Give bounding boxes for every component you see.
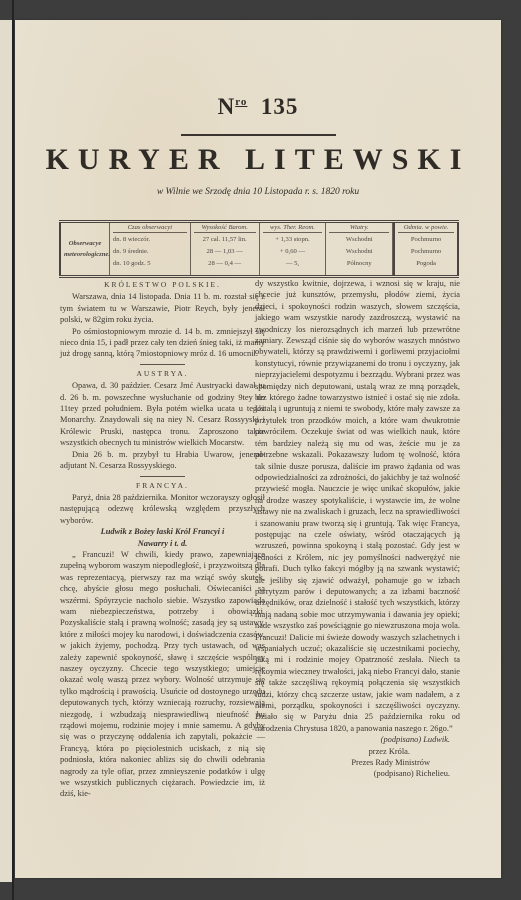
proclamation-title-line: Nawarry i t. d.: [60, 538, 265, 549]
previous-page-edge: [0, 20, 12, 882]
proclamation-continued: dy wszystko kwitnie, dojrzewa, i wznosi …: [255, 278, 460, 734]
newspaper-page: Nro 135 KURYER LITEWSKI w Wilnie we Srzo…: [15, 20, 501, 878]
newspaper-title: KURYER LITEWSKI: [15, 143, 501, 177]
weather-cell: Północny: [329, 258, 389, 270]
weather-row-label: Obserwacye meteorologiczne.: [59, 223, 110, 275]
dateline: w Wilnie we Srzodę dnia 10 Listopada r. …: [15, 187, 501, 197]
left-column: KRÓLESTWO POLSKIE. Warszawa, dnia 14 lis…: [60, 278, 265, 800]
weather-cell: Wschodni: [329, 234, 389, 246]
weather-cell: dn. 10 godz. 5: [113, 258, 187, 270]
article-paragraph: Paryż, dnia 28 października. Monitor wcz…: [60, 492, 265, 526]
section-heading-france: FRANCYA.: [60, 480, 265, 491]
weather-header: wys. Ther. Reom.: [263, 224, 323, 233]
weather-col-thermometer: wys. Ther. Reom. + 1,33 stopn. + 0,60 — …: [260, 223, 327, 275]
weather-cell: dn. 8 wieczór.: [113, 234, 187, 246]
weather-col-winds: Wiatry. Wschodni Wschodni Północny: [326, 223, 393, 275]
masthead-rule: [181, 134, 336, 136]
signature-by-king: przez Króla.: [255, 746, 460, 757]
weather-cell: + 1,33 stopn.: [263, 234, 323, 246]
weather-observations-table: Obserwacye meteorologiczne. Czas obserwa…: [59, 220, 459, 278]
weather-col-sky: Odmia. w powie. Pochmurno Pochmurno Pogo…: [393, 223, 459, 275]
section-heading-poland: KRÓLESTWO POLSKIE.: [60, 279, 265, 290]
weather-cell: — 5,: [263, 258, 323, 270]
weather-cell: Pogoda: [398, 258, 454, 270]
section-divider: [140, 364, 185, 365]
book-spine: [12, 0, 14, 900]
article-paragraph: Warszawa, dnia 14 listopada. Dnia 11 b. …: [60, 291, 265, 325]
weather-header: Czas obserwacyi: [113, 224, 187, 233]
signature-richelieu: (podpisano) Richelieu.: [255, 768, 460, 779]
section-divider: [140, 476, 185, 477]
issue-prefix-superscript: ro: [235, 96, 247, 108]
article-paragraph: Po ośmiostopniowym mrozie d. 14 b. m. zm…: [60, 326, 265, 360]
weather-col-time: Czas obserwacyi dn. 8 wieczór. dn. 9 śre…: [110, 223, 191, 275]
proclamation-text: „ Francuzi! W chwili, kiedy prawo, zapew…: [60, 549, 265, 800]
issue-prefix: N: [218, 94, 236, 119]
signature-title: Prezes Rady Ministrów: [255, 757, 460, 768]
weather-cell: 28 — 0,4 —: [194, 258, 256, 270]
section-heading-austria: AUSTRYA.: [60, 368, 265, 379]
issue-number: Nro 135: [15, 94, 501, 120]
weather-cell: Pochmurno: [398, 234, 454, 246]
weather-cell: Pochmurno: [398, 246, 454, 258]
weather-header: Wiatry.: [329, 224, 389, 233]
weather-col-barometer: Wysokość Barom. 27 cal. 11,57 lin. 28 — …: [191, 223, 260, 275]
right-column: dy wszystko kwitnie, dojrzewa, i wznosi …: [255, 278, 460, 780]
article-paragraph: Opawa, d. 30 paździer. Cesarz Jmć Austry…: [60, 380, 265, 448]
weather-cell: + 0,60 —: [263, 246, 323, 258]
weather-header: Wysokość Barom.: [194, 224, 256, 233]
signature-ludwik: (podpisano) Ludwik.: [255, 734, 460, 745]
weather-cell: dn. 9 średnie.: [113, 246, 187, 258]
proclamation-title-line: Ludwik z Bożey łaski Król Francyi i: [60, 526, 265, 537]
weather-cell: 28 — 1,03 —: [194, 246, 256, 258]
weather-header: Odmia. w powie.: [398, 224, 454, 233]
issue-number-value: 135: [261, 94, 299, 119]
article-paragraph: Dnia 26 b. m. przybył tu Hrabia Uwarow, …: [60, 449, 265, 472]
weather-cell: 27 cal. 11,57 lin.: [194, 234, 256, 246]
weather-cell: Wschodni: [329, 246, 389, 258]
